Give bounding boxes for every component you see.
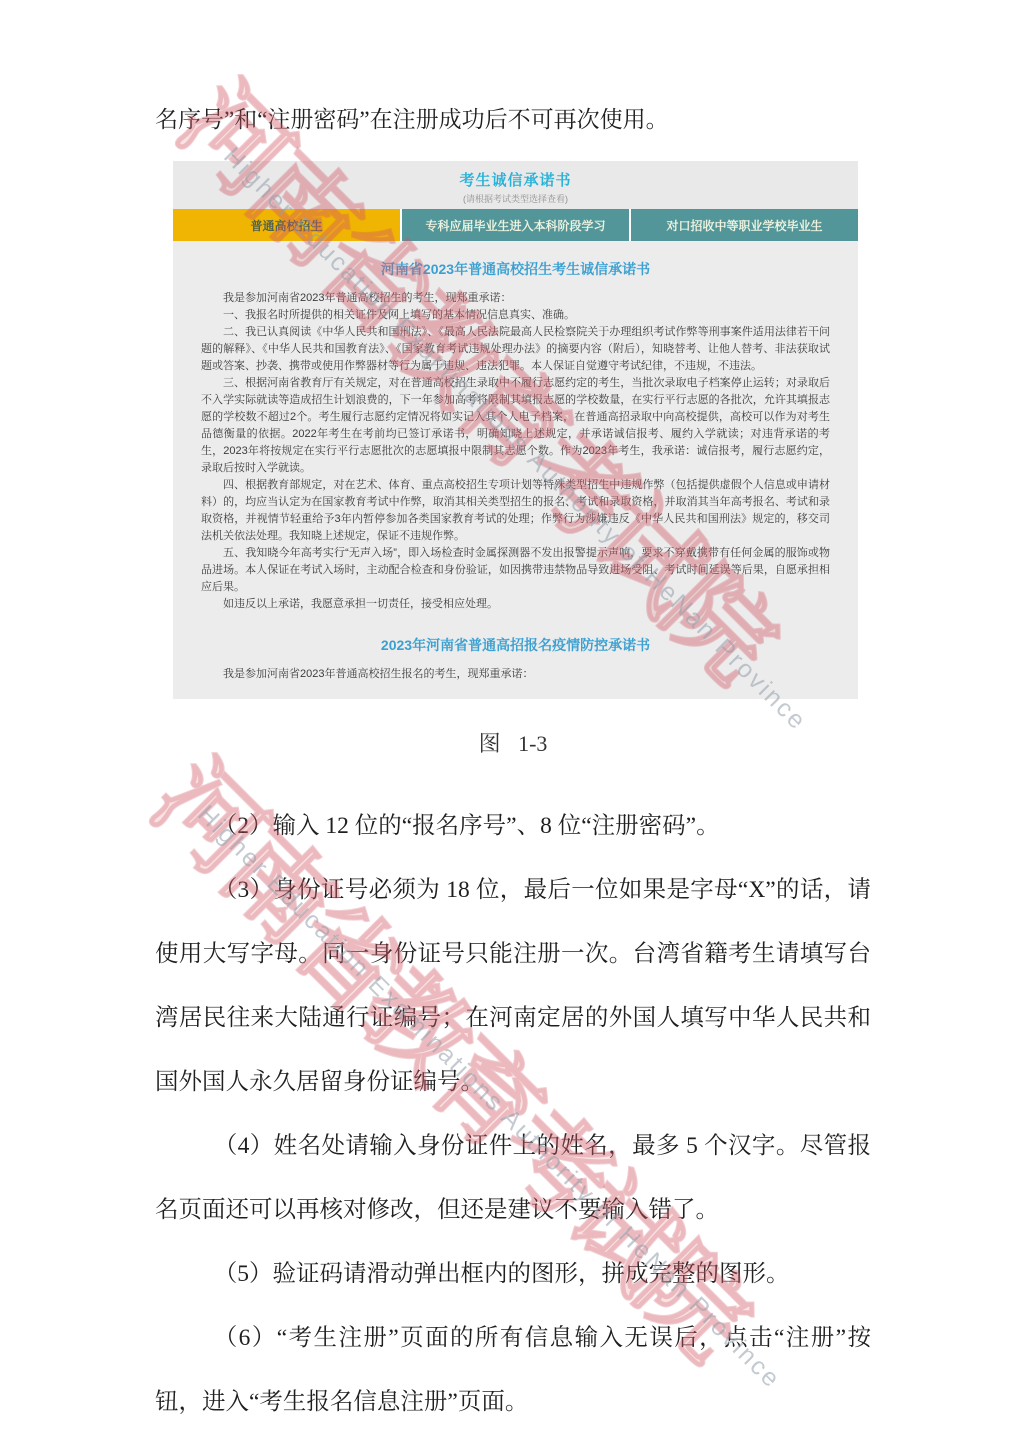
section1-paragraph: 五、我知晓今年高考实行“无声入场”，即入场检查时金属探测器不发出报警提示声响，要…	[201, 545, 830, 596]
paragraph-step-3: （3）身份证号必须为 18 位，最后一位如果是字母“X”的话，请使用大写字母。同…	[155, 858, 871, 1114]
section2-heading: 2023年河南省普通高招报名疫情防控承诺书	[201, 637, 830, 654]
tab-general-college-admission[interactable]: 普通高校招生	[173, 209, 400, 241]
figure-header: 考生诚信承诺书 (请根据考试类型选择查看)	[173, 161, 858, 209]
section1-paragraph: 二、我已认真阅读《中华人民共和国刑法》、《最高人民法院最高人民检察院关于办理组织…	[201, 324, 830, 375]
section1-paragraph: 一、我报名时所提供的相关证件及网上填写的基本情况信息真实、准确。	[201, 307, 830, 324]
document-page: 河南省教育考试院 Higher Education Examinations A…	[0, 0, 1024, 1448]
paragraph-step-4: （4）姓名处请输入身份证件上的姓名，最多 5 个汉字。尽管报名页面还可以再核对修…	[155, 1114, 871, 1242]
figure-caption: 图 1-3	[155, 727, 871, 758]
figure-title: 考生诚信承诺书	[173, 169, 858, 190]
figure-subtitle: (请根据考试类型选择查看)	[173, 192, 858, 205]
section1-paragraph: 我是参加河南省2023年普通高校招生的考生，现郑重承诺：	[201, 290, 830, 307]
figure-body: 河南省2023年普通高校招生考生诚信承诺书 我是参加河南省2023年普通高校招生…	[173, 241, 858, 699]
page-number: - 3 -	[0, 1326, 1024, 1346]
figure-tab-bar: 普通高校招生 专科应届毕业生进入本科阶段学习 对口招收中等职业学校毕业生	[173, 209, 858, 241]
section1-paragraph: 四、根据教育部规定，对在艺术、体育、重点高校招生专项计划等特殊类型招生中违规作弊…	[201, 477, 830, 545]
section2-paragraph: 我是参加河南省2023年普通高校招生报名的考生，现郑重承诺：	[201, 666, 830, 683]
section1-paragraph: 三、根据河南省教育厅有关规定，对在普通高校招生录取中不履行志愿约定的考生，当批次…	[201, 375, 830, 477]
page-content: 名序号”和“注册密码”在注册成功后不可再次使用。 考生诚信承诺书 (请根据考试类…	[155, 103, 871, 1434]
figure-screenshot: 考生诚信承诺书 (请根据考试类型选择查看) 普通高校招生 专科应届毕业生进入本科…	[173, 161, 858, 711]
paragraph-step-5: （5）验证码请滑动弹出框内的图形，拼成完整的图形。	[155, 1242, 871, 1306]
paragraph-step-2: （2）输入 12 位的“报名序号”、8 位“注册密码”。	[155, 794, 871, 858]
section1-heading: 河南省2023年普通高校招生考生诚信承诺书	[201, 261, 830, 278]
tab-vocational-school-graduates[interactable]: 对口招收中等职业学校毕业生	[631, 209, 858, 241]
intro-line: 名序号”和“注册密码”在注册成功后不可再次使用。	[155, 103, 871, 137]
tab-junior-college-to-bachelor[interactable]: 专科应届毕业生进入本科阶段学习	[402, 209, 629, 241]
section1-paragraph: 如违反以上承诺，我愿意承担一切责任，接受相应处理。	[201, 596, 830, 613]
